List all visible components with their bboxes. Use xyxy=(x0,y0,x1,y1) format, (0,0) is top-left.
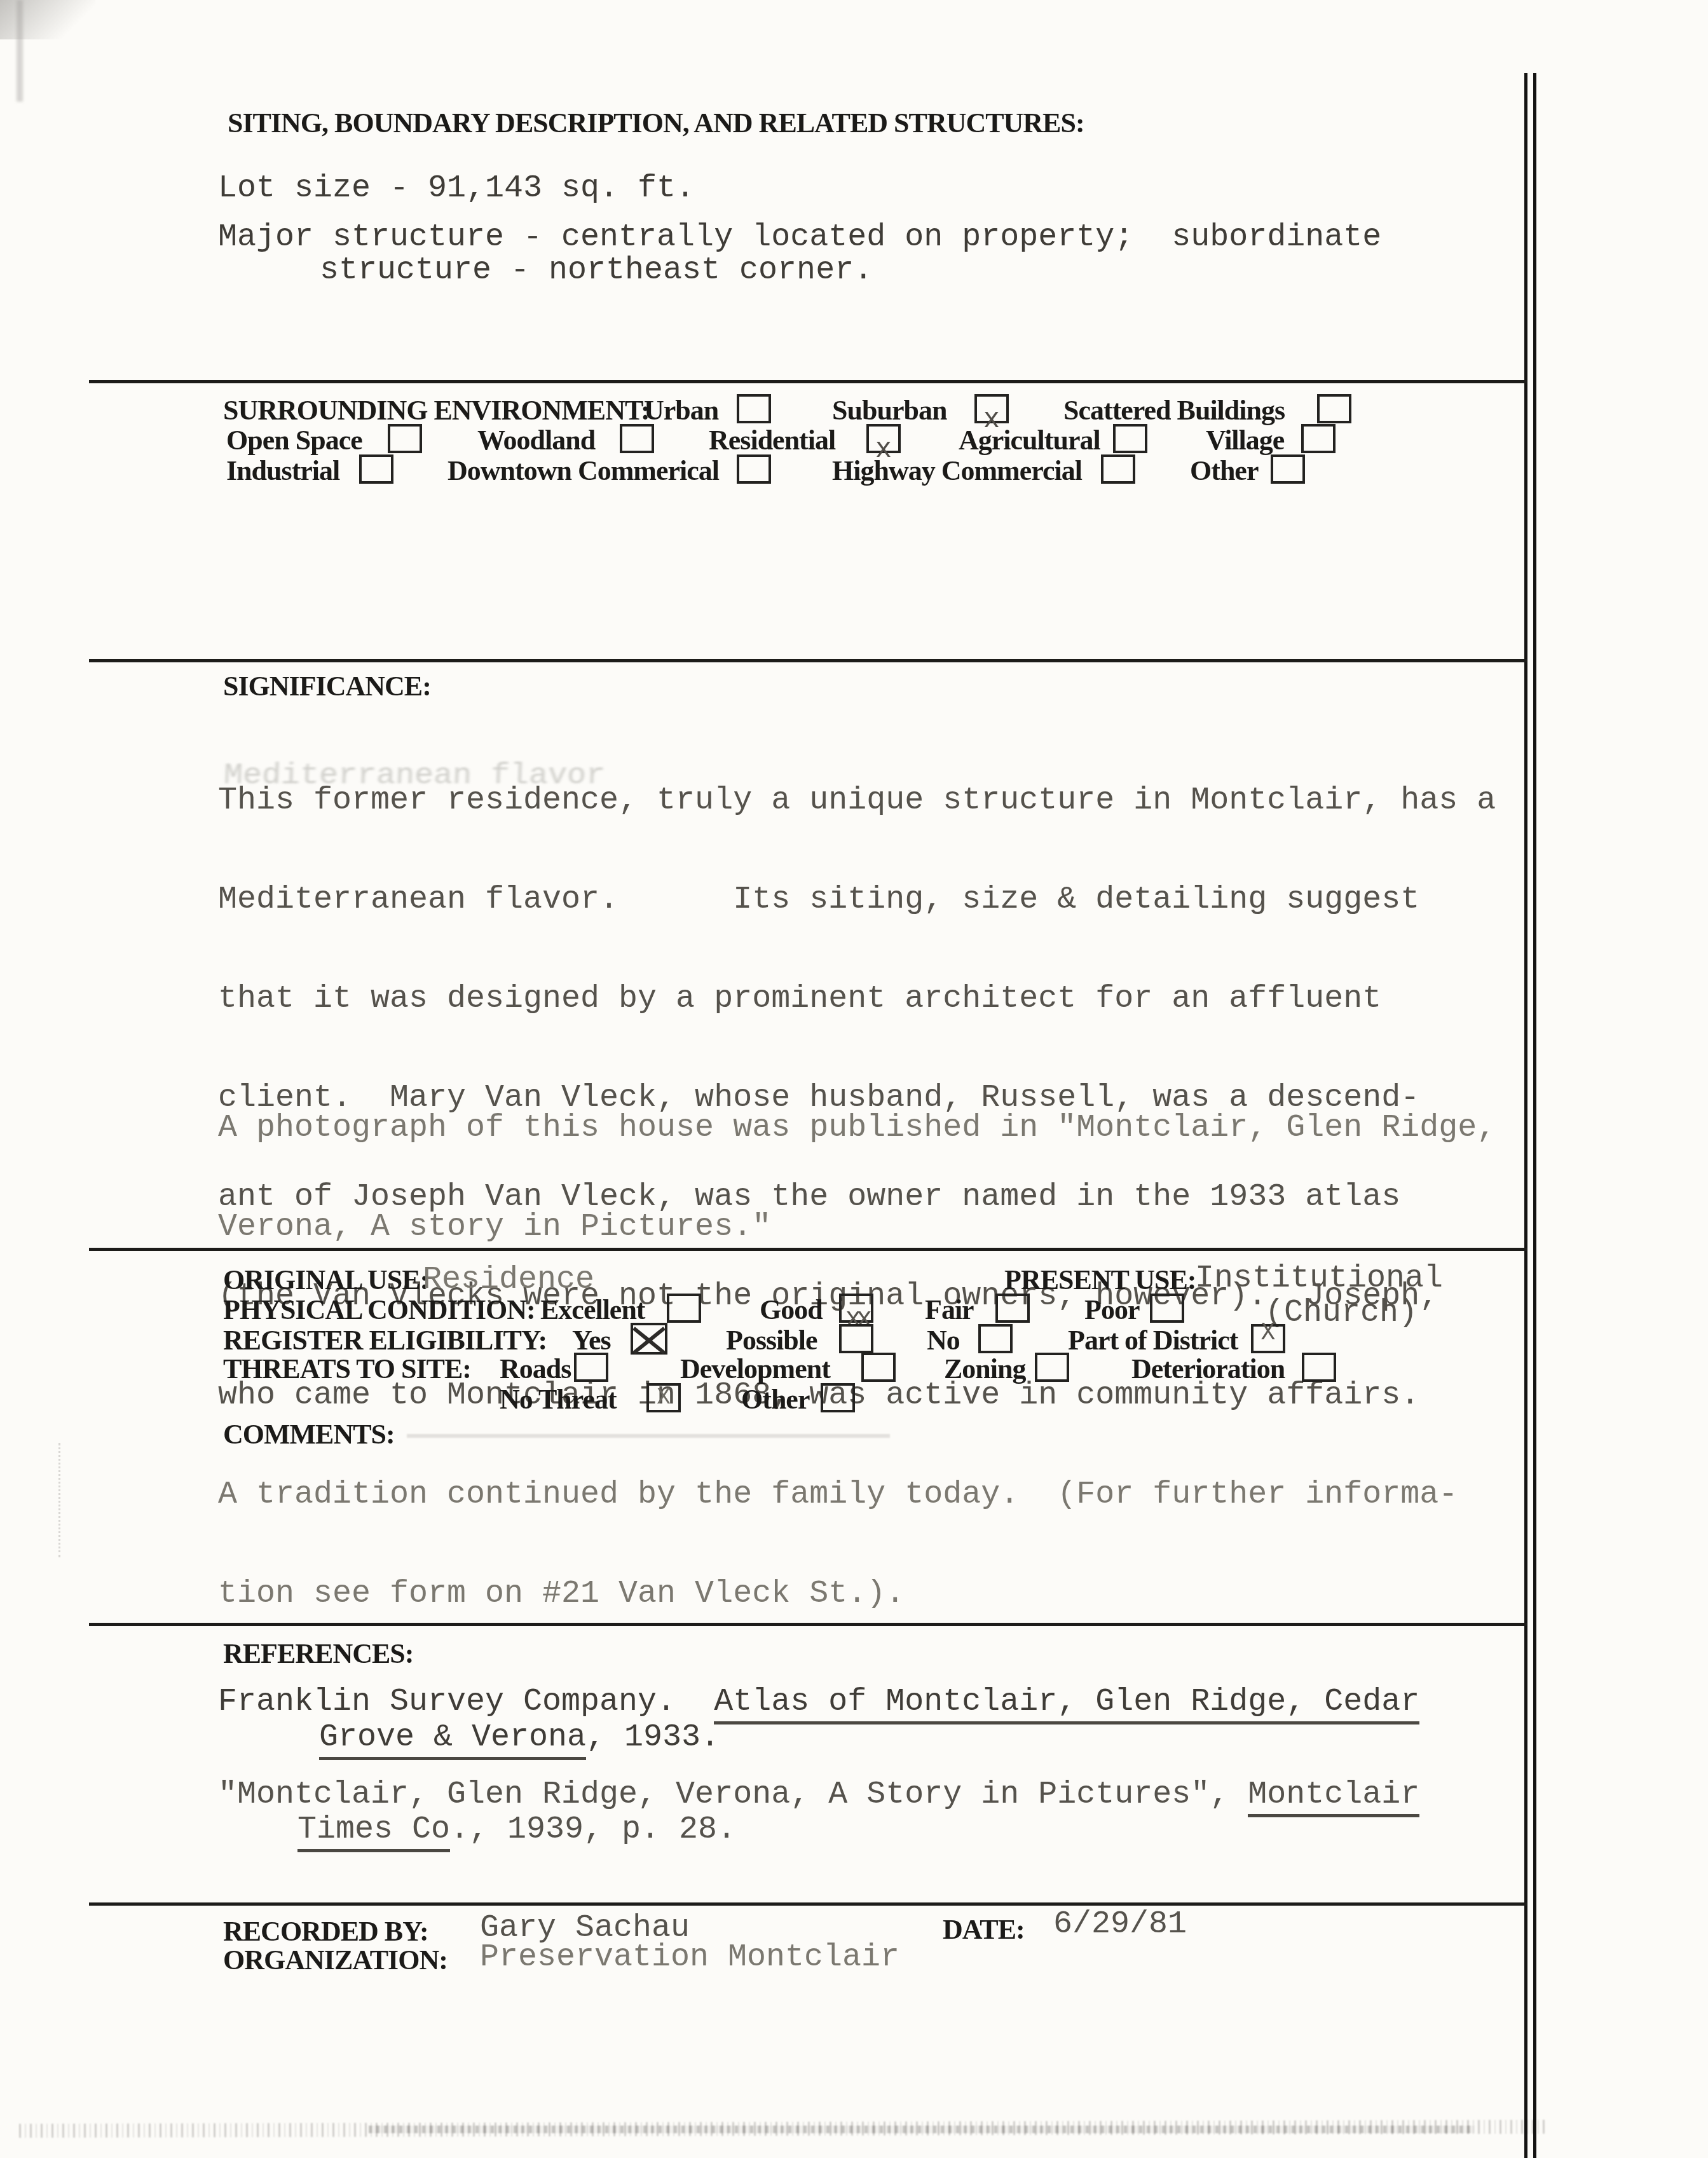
reference-line: Franklin Survey Company. Atlas of Montcl… xyxy=(218,1686,1419,1719)
present-use-note: (Church) xyxy=(1265,1297,1418,1330)
reference-title-underlined: Montclair xyxy=(1248,1777,1419,1817)
date-label: DATE: xyxy=(943,1915,1025,1945)
checkbox-suburban[interactable] xyxy=(974,394,1009,423)
checkbox-deterioration[interactable] xyxy=(1302,1353,1336,1382)
checkbox-village[interactable] xyxy=(1301,424,1336,453)
checkbox-zoning[interactable] xyxy=(1035,1353,1069,1382)
threats-development-label: Development xyxy=(680,1354,830,1384)
major-structure-line-2: structure - northeast corner. xyxy=(320,254,873,287)
threats-deterioration-label: Deterioration xyxy=(1131,1354,1285,1384)
survey-form-page: SITING, BOUNDARY DESCRIPTION, AND RELATE… xyxy=(0,0,1708,2158)
date-value: 6/29/81 xyxy=(1053,1908,1187,1941)
condition-poor-label: Poor xyxy=(1084,1295,1139,1325)
threats-other-label: Other xyxy=(741,1384,809,1415)
threats-no-threat-label: No Threat xyxy=(500,1384,617,1415)
references-label: REFERENCES: xyxy=(223,1639,414,1669)
condition-good-label: Good xyxy=(760,1295,823,1325)
significance-line: Mediterranean flavor. Its siting, size &… xyxy=(218,884,1496,917)
env-suburban-label: Suburban xyxy=(832,395,946,426)
present-use-value: Institutional xyxy=(1195,1262,1443,1295)
env-agricultural-label: Agricultural xyxy=(959,425,1100,456)
section-rule-environment xyxy=(89,380,1527,383)
scan-corner-shadow xyxy=(0,0,95,39)
env-scattered-buildings-label: Scattered Buildings xyxy=(1063,395,1285,426)
scan-bottom-band-dark xyxy=(369,2126,1475,2133)
checkbox-scattered-buildings[interactable] xyxy=(1317,394,1351,423)
reference-text: ., 1939, p. 28. xyxy=(450,1812,736,1848)
condition-fair-label: Fair xyxy=(925,1295,974,1325)
scan-edge-streak xyxy=(17,0,23,102)
original-use-label: ORIGINAL USE: xyxy=(223,1265,428,1295)
env-open-space-label: Open Space xyxy=(226,425,362,456)
scan-left-dots xyxy=(58,1443,60,1557)
checkbox-no[interactable] xyxy=(978,1324,1013,1353)
checkbox-poor[interactable] xyxy=(1150,1294,1184,1323)
threats-to-site-label: THREATS TO SITE: xyxy=(223,1354,471,1384)
eligibility-yes-label: Yes xyxy=(572,1325,611,1356)
checkbox-residential[interactable] xyxy=(866,424,901,453)
significance-line: This former residence, truly a unique st… xyxy=(218,784,1496,817)
threats-zoning-label: Zoning xyxy=(944,1354,1026,1384)
condition-excellent-label: Excellent xyxy=(540,1295,645,1325)
checkbox-development[interactable] xyxy=(861,1353,896,1382)
checkbox-urban[interactable] xyxy=(737,394,771,423)
checkbox-highway-commercial[interactable] xyxy=(1101,454,1135,484)
page-right-double-rule-inner xyxy=(1533,73,1536,2158)
checkbox-open-space[interactable] xyxy=(388,424,422,453)
env-industrial-label: Industrial xyxy=(226,456,339,486)
checkbox-downtown-commercial[interactable] xyxy=(737,454,771,484)
major-structure-line-1: Major structure - centrally located on p… xyxy=(218,221,1381,254)
significance-line: A photograph of this house was published… xyxy=(218,1112,1496,1145)
eligibility-no-label: No xyxy=(927,1325,960,1356)
register-eligibility-label: REGISTER ELIGIBILITY: xyxy=(223,1325,547,1356)
recorded-by-label: RECORDED BY: xyxy=(223,1916,428,1947)
eligibility-part-of-district-label: Part of District xyxy=(1068,1325,1238,1356)
env-woodland-label: Woodland xyxy=(477,425,595,456)
checkbox-no-threat[interactable] xyxy=(646,1383,681,1412)
scan-bottom-band xyxy=(19,2120,1545,2138)
checkbox-woodland[interactable] xyxy=(620,424,654,453)
siting-section-heading: SITING, BOUNDARY DESCRIPTION, AND RELATE… xyxy=(228,108,1084,139)
page-right-double-rule-outer xyxy=(1524,73,1527,2158)
eligibility-possible-label: Possible xyxy=(726,1325,817,1356)
checkbox-agricultural[interactable] xyxy=(1113,424,1147,453)
reference-text: , 1933. xyxy=(586,1719,720,1756)
checkbox-yes[interactable] xyxy=(631,1323,667,1355)
checkbox-industrial[interactable] xyxy=(359,454,393,484)
section-rule-references xyxy=(89,1623,1527,1626)
checkbox-threats-other[interactable] xyxy=(821,1383,855,1412)
checkbox-env-other[interactable] xyxy=(1271,454,1305,484)
env-residential-label: Residential xyxy=(709,425,835,456)
reference-title-underlined: Times Co xyxy=(297,1812,450,1852)
reference-text: "Montclair, Glen Ridge, Verona, A Story … xyxy=(218,1777,1248,1813)
reference-line: "Montclair, Glen Ridge, Verona, A Story … xyxy=(218,1779,1419,1812)
env-urban-label: Urban xyxy=(644,395,718,426)
original-use-value: Residence xyxy=(423,1264,594,1297)
significance-label: SIGNIFICANCE: xyxy=(223,671,431,702)
reference-title-underlined: Grove & Verona xyxy=(319,1719,586,1760)
checkbox-possible[interactable] xyxy=(839,1324,873,1353)
significance-line: that it was designed by a prominent arch… xyxy=(218,983,1496,1016)
significance-line: Verona, A story in Pictures." xyxy=(218,1211,1496,1244)
reference-title-underlined: Atlas of Montclair, Glen Ridge, Cedar xyxy=(714,1684,1419,1724)
lot-size-line: Lot size - 91,143 sq. ft. xyxy=(218,172,695,205)
organization-value: Preservation Montclair xyxy=(480,1941,899,1974)
comments-label: COMMENTS: xyxy=(223,1419,395,1450)
env-village-label: Village xyxy=(1206,425,1284,456)
env-other-label: Other xyxy=(1190,456,1258,486)
threats-roads-label: Roads xyxy=(500,1354,571,1384)
present-use-label: PRESENT USE: xyxy=(1004,1265,1196,1295)
env-highway-commercial-label: Highway Commercial xyxy=(832,456,1082,486)
surrounding-environment-label: SURROUNDING ENVIRONMENT: xyxy=(223,395,650,426)
env-downtown-commercial-label: Downtown Commerical xyxy=(447,456,719,486)
reference-line: Grove & Verona, 1933. xyxy=(319,1721,720,1754)
organization-label: ORGANIZATION: xyxy=(223,1945,447,1976)
checkbox-excellent[interactable] xyxy=(667,1294,701,1323)
checkbox-part-of-district[interactable] xyxy=(1251,1324,1285,1353)
reference-line: Times Co., 1939, p. 28. xyxy=(297,1813,736,1847)
significance-line: A tradition continued by the family toda… xyxy=(218,1479,1496,1512)
significance-line: tion see form on #21 Van Vleck St.). xyxy=(218,1578,1496,1611)
checkbox-roads[interactable] xyxy=(574,1353,608,1382)
section-rule-use xyxy=(89,1248,1527,1251)
reference-text: Franklin Survey Company. xyxy=(218,1684,714,1720)
physical-condition-label: PHYSICAL CONDITION: xyxy=(223,1295,535,1325)
section-rule-footer xyxy=(89,1902,1527,1906)
section-rule-significance xyxy=(89,659,1527,662)
checkbox-fair[interactable] xyxy=(995,1294,1030,1323)
checkbox-good[interactable] xyxy=(839,1294,873,1323)
